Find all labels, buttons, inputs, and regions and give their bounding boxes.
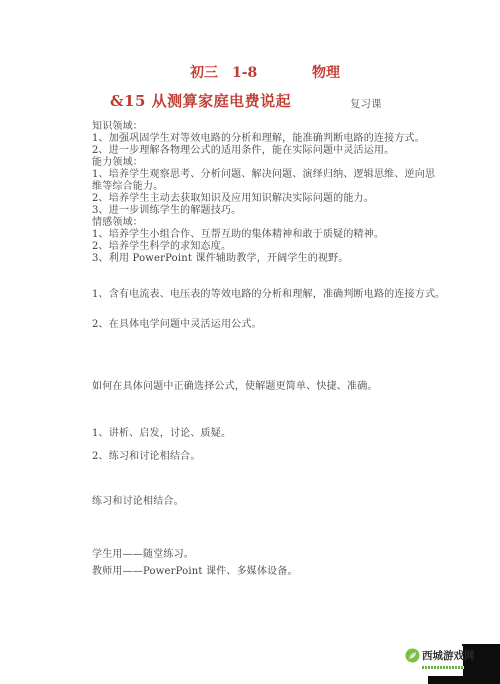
goals-line: 1、加强巩固学生对等效电路的分析和理解，能准确判断电路的连接方式。 [92, 133, 482, 145]
preparation-item: 学生用——随堂练习。 [92, 549, 492, 561]
method-item: 1、讲析、启发，讨论、质疑。 [92, 428, 492, 440]
watermark: 西城游戏网 [405, 646, 463, 676]
goals-line: 知识领域： [92, 121, 482, 133]
teaching-goals-section: 知识领域： 1、加强巩固学生对等效电路的分析和理解，能准确判断电路的连接方式。 … [92, 121, 482, 265]
key-point-item: 1、含有电流表、电压表的等效电路的分析和理解，准确判断电路的连接方式。 [92, 289, 492, 301]
subject-label: 物理 [312, 62, 340, 82]
lesson-title: &15 从测算家庭电费说起 [110, 90, 291, 111]
goals-line: 2、进一步理解各物理公式的适用条件，能在实际问题中灵活运用。 [92, 145, 482, 157]
goals-line: 1、培养学生小组合作、互帮互助的集体精神和敢于质疑的精神。 [92, 229, 482, 241]
goals-line: 2、培养学生科学的求知态度。 [92, 241, 482, 253]
preparation-item: 教师用——PowerPoint 课件、多媒体设备。 [92, 566, 492, 578]
goals-line: 能力领域： [92, 157, 482, 169]
watermark-site-name: 西城游戏网 [422, 648, 475, 663]
leaf-icon [405, 648, 420, 663]
document-page: 初三 1-8 物理 &15 从测算家庭电费说起 复习课 知识领域： 1、加强巩固… [0, 0, 500, 684]
lesson-form-text: 练习和讨论相结合。 [92, 496, 492, 508]
goals-line: 维等综合能力。 [92, 181, 482, 193]
difficulty-text: 如何在具体问题中正确选择公式，使解题更简单、快捷、准确。 [92, 381, 492, 393]
lesson-type-label: 复习课 [350, 96, 382, 111]
watermark-tagline-text [422, 666, 464, 669]
goals-line: 2、培养学生主动去获取知识及应用知识解决实际问题的能力。 [92, 193, 482, 205]
goals-line: 3、利用 PowerPoint 课件辅助教学，开阔学生的视野。 [92, 253, 482, 265]
class-info: 初三 1-8 [190, 62, 257, 82]
goals-line: 1、培养学生观察思考、分析问题、解决问题、演绎归纳、逻辑思维、逆向思 [92, 169, 482, 181]
goals-line: 情感领域： [92, 217, 482, 229]
key-point-item: 2、在具体电学问题中灵活运用公式。 [92, 319, 492, 331]
goals-line: 3、进一步训练学生的解题技巧。 [92, 205, 482, 217]
method-item: 2、练习和讨论相结合。 [92, 451, 492, 463]
